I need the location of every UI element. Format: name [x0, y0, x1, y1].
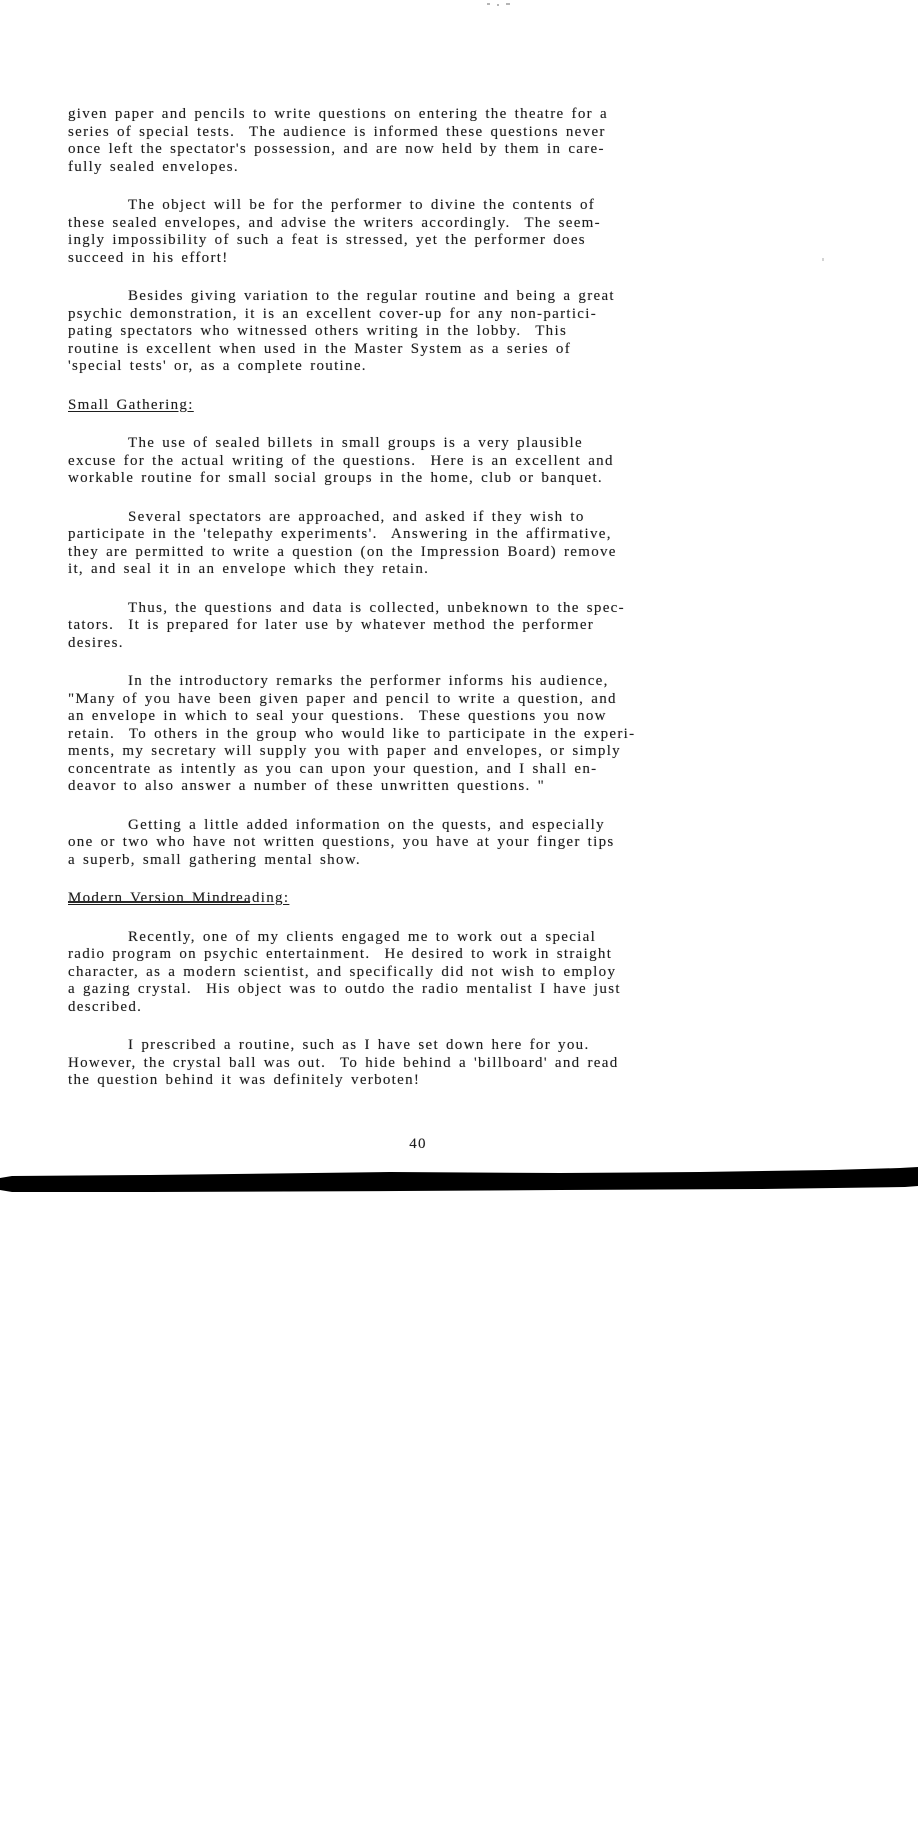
scan-artifact-speck	[506, 3, 510, 5]
paragraph: Besides giving variation to the regular …	[68, 288, 768, 376]
paragraph: The object will be for the performer to …	[68, 197, 768, 267]
paragraph: The use of sealed billets in small group…	[68, 435, 768, 488]
scan-artifact-speck	[497, 4, 499, 6]
paragraph: In the introductory remarks the performe…	[68, 673, 768, 796]
paragraph: Recently, one of my clients engaged me t…	[68, 929, 768, 1017]
scan-artifact-speck	[487, 3, 490, 5]
scan-artifact-speck	[822, 258, 824, 261]
section-heading-modern-version-mindreading: Modern Version Mindreading:	[68, 890, 768, 908]
section-heading-small-gathering: Small Gathering:	[68, 397, 768, 415]
page-number: 40	[68, 1136, 768, 1154]
paragraph: I prescribed a routine, such as I have s…	[68, 1037, 768, 1090]
underline-artifact	[68, 901, 250, 903]
paragraph: Thus, the questions and data is collecte…	[68, 600, 768, 653]
scan-artifact-bar	[0, 1155, 918, 1197]
paragraph: given paper and pencils to write questio…	[68, 106, 768, 176]
scanned-page: given paper and pencils to write questio…	[68, 0, 768, 1153]
paragraph: Several spectators are approached, and a…	[68, 509, 768, 579]
paragraph: Getting a little added information on th…	[68, 817, 768, 870]
